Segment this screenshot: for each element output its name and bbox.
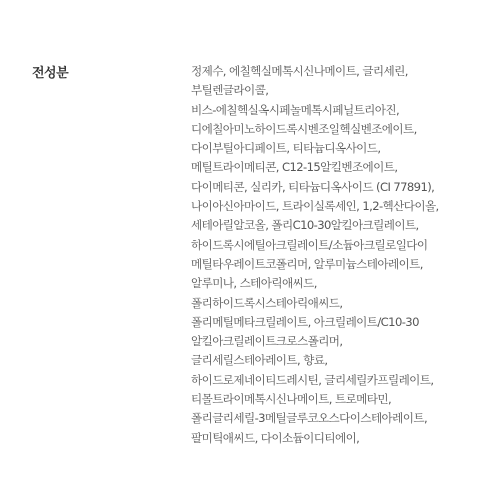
- ingredient-line: 폴리글리세릴-3메틸글루코오스다이스테아레이트,: [191, 409, 491, 428]
- ingredient-line: 비스-에칠헥실옥시페놀메톡시페닐트리아진,: [191, 101, 491, 120]
- ingredients-label: 전성분: [32, 62, 68, 81]
- ingredient-line: 메틸타우레이트코폴리머, 알루미늄스테아레이트,: [191, 255, 491, 274]
- ingredients-list: 정제수, 에칠헥실메톡시신나메이트, 글리세린, 부틸렌글라이콜, 비스-에칠헥…: [191, 62, 491, 448]
- ingredient-line: 다이부틸아디페이트, 티타늄디옥사이드,: [191, 139, 491, 158]
- ingredient-line: 다이메티콘, 실리카, 티타늄디옥사이드 (CI 77891),: [191, 178, 491, 197]
- ingredient-line: 디에칠아미노하이드록시벤조일헥실벤조에이트,: [191, 120, 491, 139]
- ingredient-line: 세테아릴알코올, 폴리C10-30알킬아크릴레이트,: [191, 216, 491, 235]
- ingredient-line: 부틸렌글라이콜,: [191, 81, 491, 100]
- ingredient-line: 알루미나, 스테아릭애씨드,: [191, 274, 491, 293]
- ingredient-line: 하이드록시에틸아크릴레이트/소듐아크릴로일다이: [191, 236, 491, 255]
- ingredient-line: 알킬아크릴레이트크로스폴리머,: [191, 332, 491, 351]
- ingredient-line: 글리세릴스테아레이트, 향료,: [191, 351, 491, 370]
- ingredient-line: 메틸트라이메티콘, C12-15알킬벤조에이트,: [191, 158, 491, 177]
- ingredient-line: 하이드로제네이티드레시틴, 글리세릴카프릴레이트,: [191, 371, 491, 390]
- ingredient-line: 나이아신아마이드, 트라이실록세인, 1,2-헥산다이올,: [191, 197, 491, 216]
- ingredient-line: 정제수, 에칠헥실메톡시신나메이트, 글리세린,: [191, 62, 491, 81]
- ingredients-section: 전성분 정제수, 에칠헥실메톡시신나메이트, 글리세린, 부틸렌글라이콜, 비스…: [0, 0, 492, 492]
- ingredient-line: 팔미틱애씨드, 다이소듐이디티에이,: [191, 429, 491, 448]
- ingredient-line: 폴리하이드록시스테아릭애씨드,: [191, 294, 491, 313]
- ingredient-line: 티몰트라이메톡시신나메이트, 트로메타민,: [191, 390, 491, 409]
- ingredient-line: 폴리메틸메타크릴레이트, 아크릴레이트/C10-30: [191, 313, 491, 332]
